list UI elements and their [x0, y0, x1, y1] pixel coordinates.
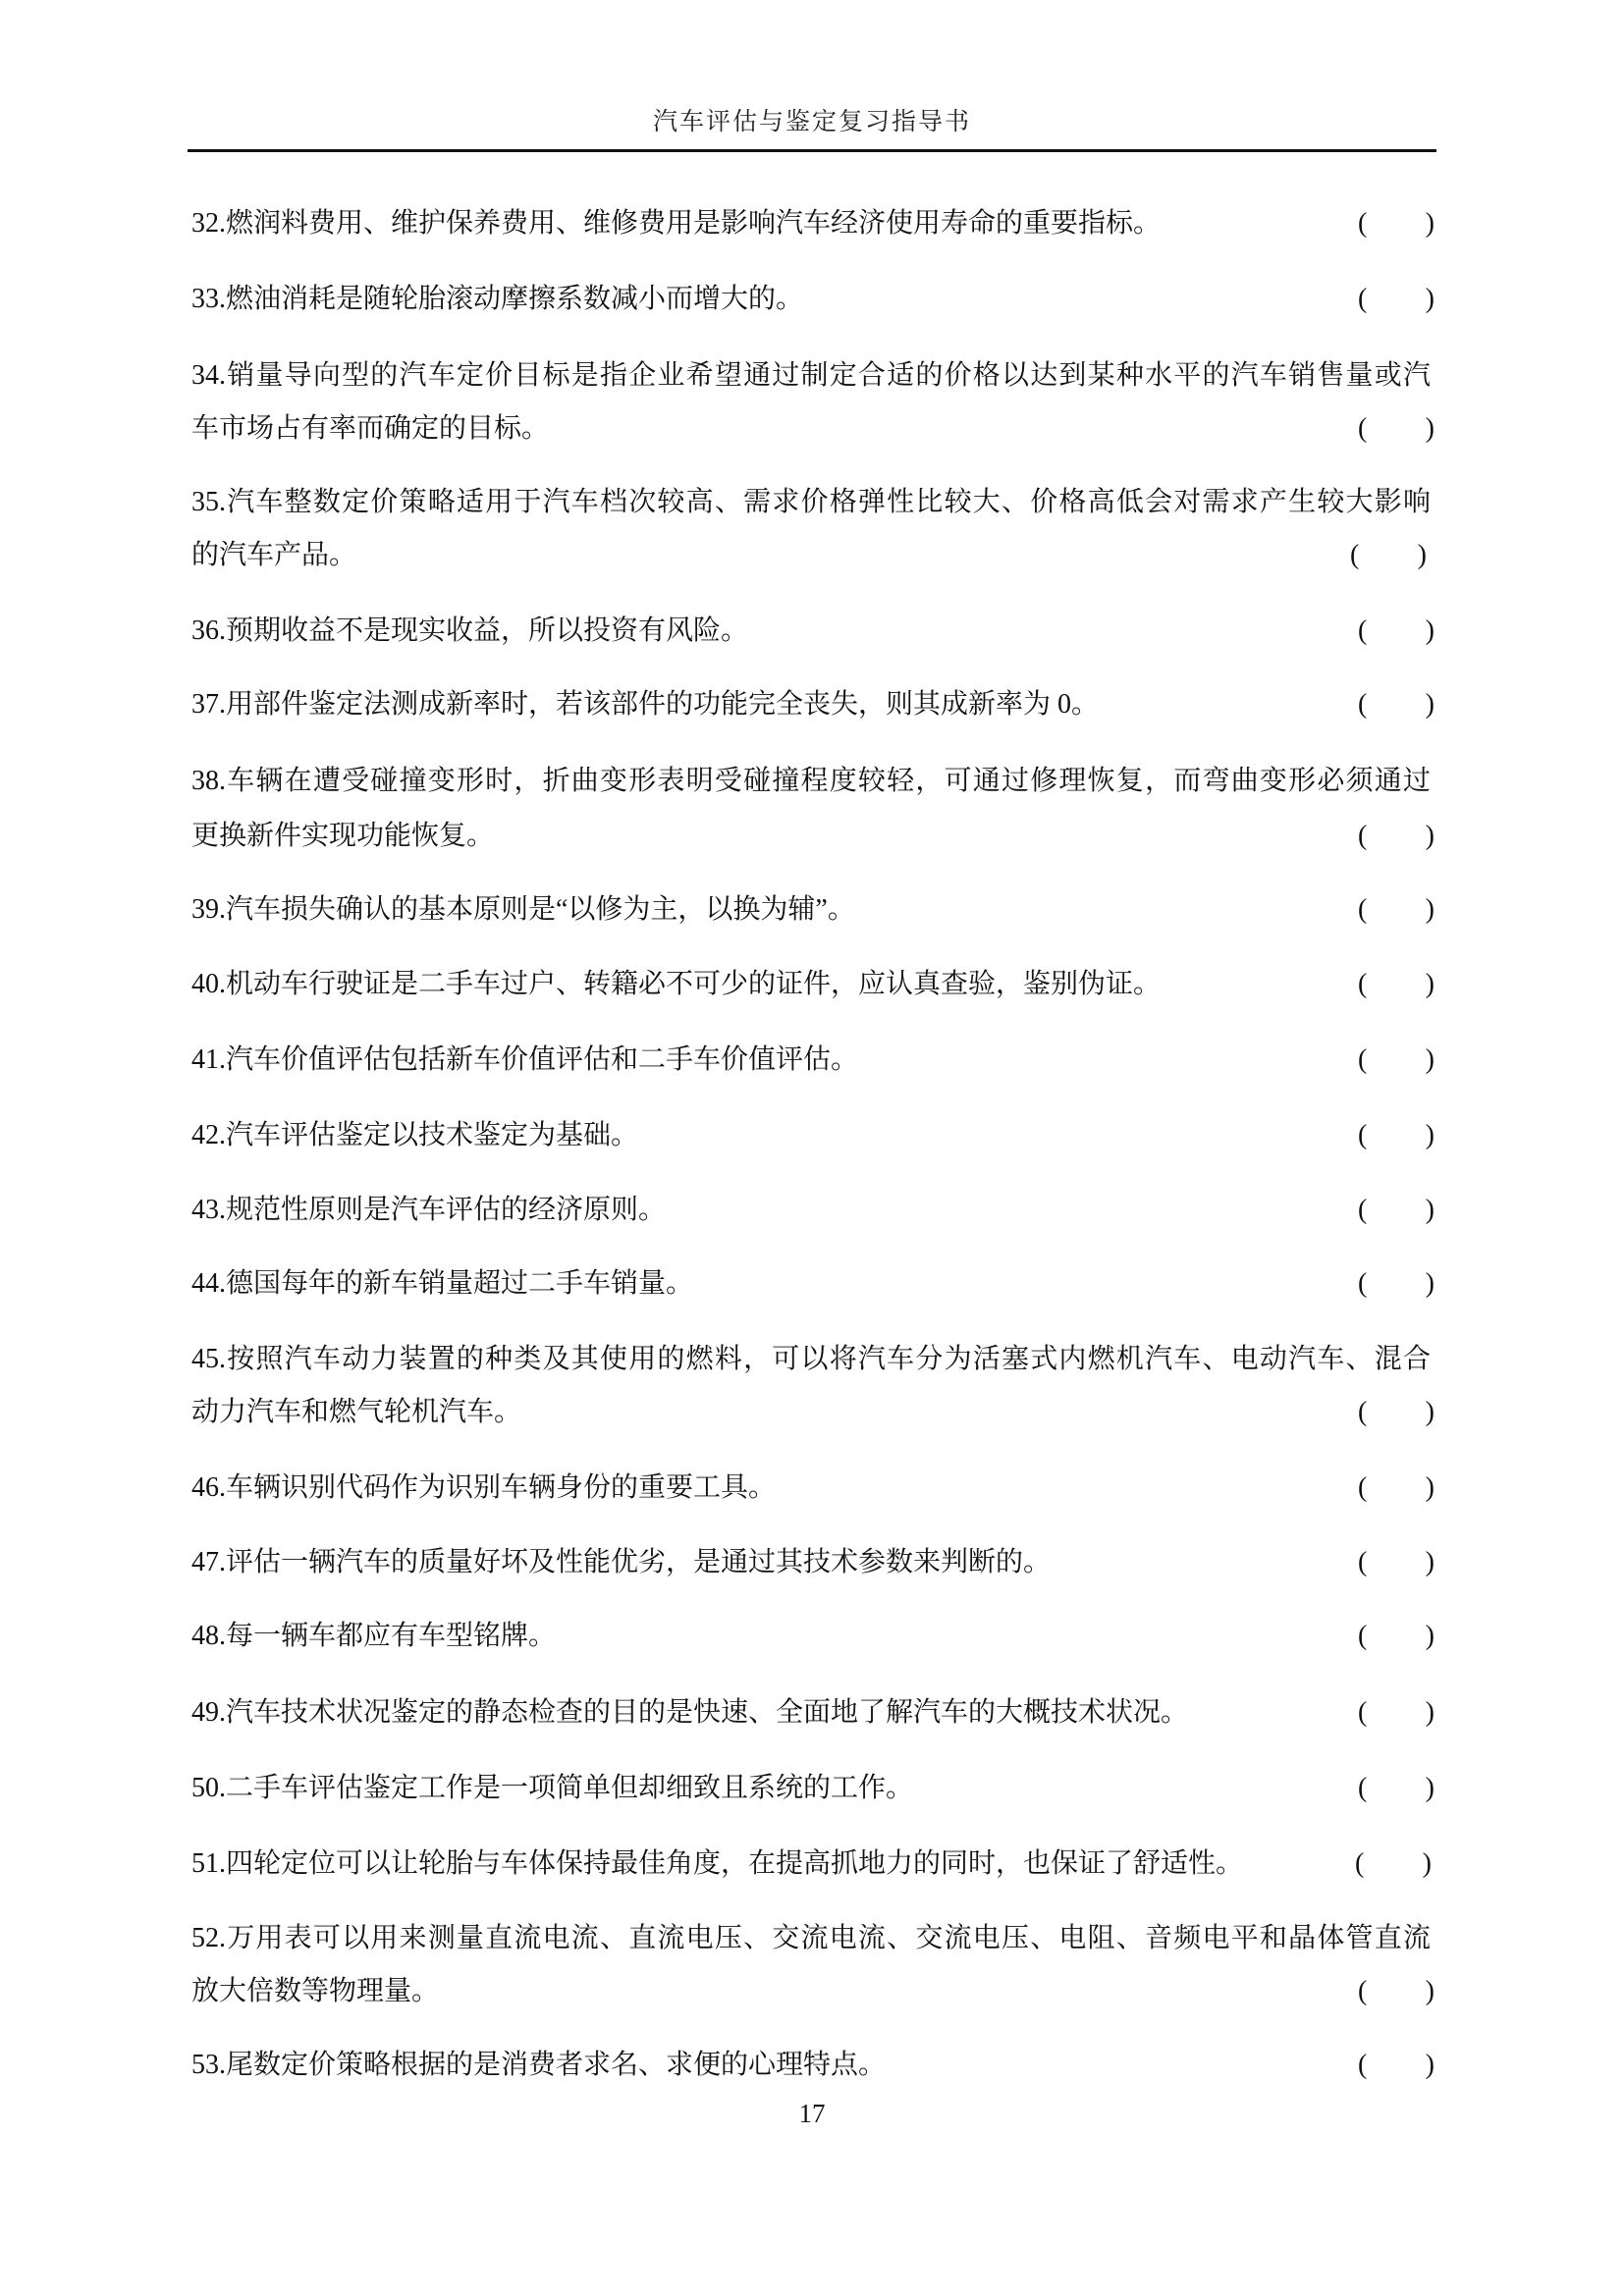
question-34-line-1: 34.销量导向型的汽车定价目标是指企业希望通过制定合适的价格以达到某种水平的汽车…	[191, 356, 1431, 396]
answer-blank-44[interactable]: ()	[1358, 1264, 1435, 1304]
question-35-line-1: 35.汽车整数定价策略适用于汽车档次较高、需求价格弹性比较大、价格高低会对需求产…	[191, 483, 1431, 522]
question-45-line-2: 动力汽车和燃气轮机汽车。	[191, 1393, 521, 1432]
close-paren: )	[1426, 817, 1435, 856]
answer-blank-32[interactable]: ()	[1358, 204, 1435, 243]
question-32-line-1: 32.燃润料费用、维护保养费用、维修费用是影响汽车经济使用寿命的重要指标。	[191, 204, 1161, 243]
question-34-line-2: 车市场占有率而确定的目标。	[191, 409, 549, 449]
close-paren: )	[1418, 536, 1427, 575]
close-paren: )	[1426, 409, 1435, 449]
answer-blank-33[interactable]: ()	[1358, 280, 1435, 319]
question-42-line-1: 42.汽车评估鉴定以技术鉴定为基础。	[191, 1116, 638, 1155]
answer-blank-38[interactable]: ()	[1358, 817, 1435, 856]
close-paren: )	[1426, 1041, 1435, 1080]
answer-blank-50[interactable]: ()	[1358, 1769, 1435, 1808]
answer-blank-49[interactable]: ()	[1358, 1693, 1435, 1733]
open-paren: (	[1358, 890, 1367, 930]
document-page: 汽车评估与鉴定复习指导书 32.燃润料费用、维护保养费用、维修费用是影响汽车经济…	[0, 0, 1624, 2296]
answer-blank-46[interactable]: ()	[1358, 1468, 1435, 1508]
open-paren: (	[1358, 1543, 1367, 1582]
answer-blank-40[interactable]: ()	[1358, 965, 1435, 1004]
close-paren: )	[1426, 1468, 1435, 1508]
question-47-line-1: 47.评估一辆汽车的质量好坏及性能优劣，是通过其技术参数来判断的。	[191, 1543, 1051, 1582]
open-paren: (	[1358, 1041, 1367, 1080]
answer-blank-39[interactable]: ()	[1358, 890, 1435, 930]
question-52-line-1: 52.万用表可以用来测量直流电流、直流电压、交流电流、交流电压、电阻、音频电平和…	[191, 1919, 1431, 1958]
question-46-line-1: 46.车辆识别代码作为识别车辆身份的重要工具。	[191, 1468, 776, 1508]
open-paren: (	[1358, 1191, 1367, 1230]
answer-blank-42[interactable]: ()	[1358, 1116, 1435, 1155]
open-paren: (	[1358, 1393, 1367, 1432]
close-paren: )	[1426, 1543, 1435, 1582]
question-52-line-2: 放大倍数等物理量。	[191, 1972, 439, 2011]
answer-blank-51[interactable]: ()	[1355, 1844, 1432, 1884]
close-paren: )	[1426, 2046, 1435, 2085]
close-paren: )	[1426, 1769, 1435, 1808]
open-paren: (	[1358, 280, 1367, 319]
close-paren: )	[1426, 612, 1435, 651]
page-number: 17	[0, 2095, 1624, 2132]
open-paren: (	[1358, 612, 1367, 651]
open-paren: (	[1358, 1693, 1367, 1733]
question-45-line-1: 45.按照汽车动力装置的种类及其使用的燃料，可以将汽车分为活塞式内燃机汽车、电动…	[191, 1340, 1431, 1379]
question-39-line-1: 39.汽车损失确认的基本原则是“以修为主，以换为辅”。	[191, 890, 855, 930]
answer-blank-43[interactable]: ()	[1358, 1191, 1435, 1230]
answer-blank-47[interactable]: ()	[1358, 1543, 1435, 1582]
open-paren: (	[1358, 1468, 1367, 1508]
running-header-title: 汽车评估与鉴定复习指导书	[0, 106, 1624, 139]
answer-blank-34[interactable]: ()	[1358, 409, 1435, 449]
open-paren: (	[1358, 2046, 1367, 2085]
close-paren: )	[1426, 1617, 1435, 1656]
answer-blank-37[interactable]: ()	[1358, 685, 1435, 724]
question-35-line-2: 的汽车产品。	[191, 536, 356, 575]
open-paren: (	[1358, 1972, 1367, 2011]
question-36-line-1: 36.预期收益不是现实收益，所以投资有风险。	[191, 612, 748, 651]
question-51-line-1: 51.四轮定位可以让轮胎与车体保持最佳角度，在提高抓地力的同时，也保证了舒适性。	[191, 1844, 1243, 1884]
answer-blank-52[interactable]: ()	[1358, 1972, 1435, 2011]
close-paren: )	[1426, 1191, 1435, 1230]
close-paren: )	[1426, 204, 1435, 243]
close-paren: )	[1426, 890, 1435, 930]
question-53-line-1: 53.尾数定价策略根据的是消费者求名、求便的心理特点。	[191, 2046, 886, 2085]
question-38-line-1: 38.车辆在遭受碰撞变形时，折曲变形表明受碰撞程度较轻，可通过修理恢复，而弯曲变…	[191, 762, 1431, 801]
answer-blank-41[interactable]: ()	[1358, 1041, 1435, 1080]
open-paren: (	[1358, 204, 1367, 243]
header-rule	[188, 149, 1436, 152]
question-40-line-1: 40.机动车行驶证是二手车过户、转籍必不可少的证件，应认真查验，鉴别伪证。	[191, 965, 1161, 1004]
open-paren: (	[1358, 1116, 1367, 1155]
question-38-line-2: 更换新件实现功能恢复。	[191, 817, 494, 856]
open-paren: (	[1350, 536, 1359, 575]
close-paren: )	[1426, 1264, 1435, 1304]
answer-blank-36[interactable]: ()	[1358, 612, 1435, 651]
close-paren: )	[1426, 1693, 1435, 1733]
open-paren: (	[1358, 817, 1367, 856]
open-paren: (	[1358, 409, 1367, 449]
close-paren: )	[1426, 1393, 1435, 1432]
question-49-line-1: 49.汽车技术状况鉴定的静态检查的目的是快速、全面地了解汽车的大概技术状况。	[191, 1693, 1188, 1733]
question-41-line-1: 41.汽车价值评估包括新车价值评估和二手车价值评估。	[191, 1041, 858, 1080]
close-paren: )	[1423, 1844, 1432, 1884]
close-paren: )	[1426, 280, 1435, 319]
close-paren: )	[1426, 685, 1435, 724]
open-paren: (	[1358, 685, 1367, 724]
answer-blank-35[interactable]: ()	[1350, 536, 1427, 575]
answer-blank-48[interactable]: ()	[1358, 1617, 1435, 1656]
close-paren: )	[1426, 1972, 1435, 2011]
open-paren: (	[1358, 965, 1367, 1004]
answer-blank-45[interactable]: ()	[1358, 1393, 1435, 1432]
open-paren: (	[1358, 1264, 1367, 1304]
open-paren: (	[1358, 1769, 1367, 1808]
question-43-line-1: 43.规范性原则是汽车评估的经济原则。	[191, 1191, 666, 1230]
question-44-line-1: 44.德国每年的新车销量超过二手车销量。	[191, 1264, 693, 1304]
question-37-line-1: 37.用部件鉴定法测成新率时，若该部件的功能完全丧失，则其成新率为 0。	[191, 685, 1099, 724]
question-33-line-1: 33.燃油消耗是随轮胎滚动摩擦系数减小而增大的。	[191, 280, 803, 319]
answer-blank-53[interactable]: ()	[1358, 2046, 1435, 2085]
close-paren: )	[1426, 965, 1435, 1004]
open-paren: (	[1358, 1617, 1367, 1656]
question-48-line-1: 48.每一辆车都应有车型铭牌。	[191, 1617, 556, 1656]
close-paren: )	[1426, 1116, 1435, 1155]
question-50-line-1: 50.二手车评估鉴定工作是一项简单但却细致且系统的工作。	[191, 1769, 913, 1808]
open-paren: (	[1355, 1844, 1364, 1884]
